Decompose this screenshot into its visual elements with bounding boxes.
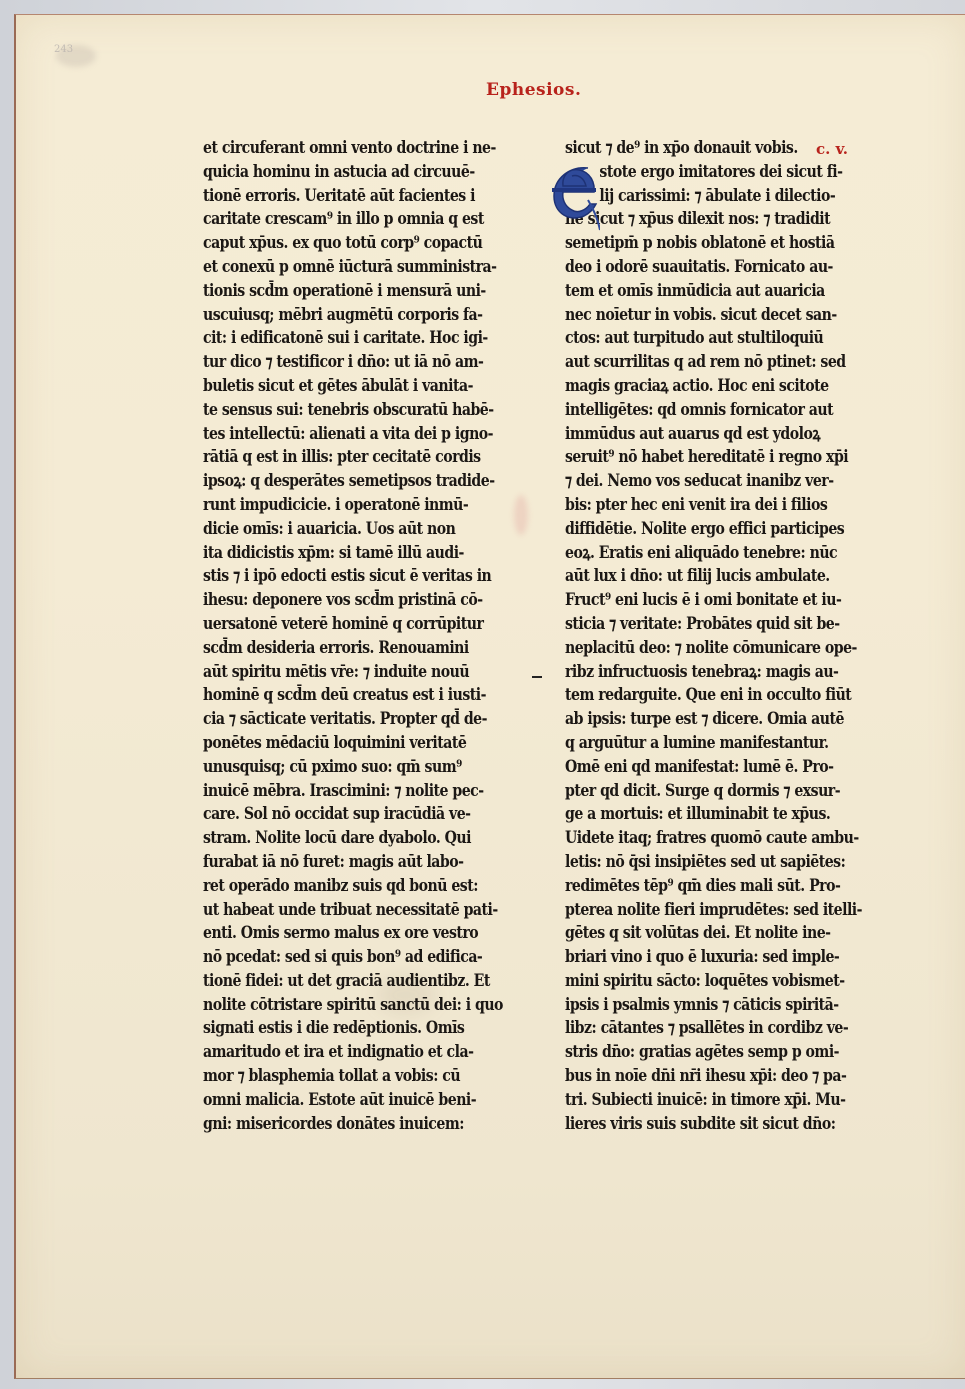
text-line: ctos: aut turpitudo aut stultiloquiū	[565, 326, 877, 350]
text-line: aūt spiritu mētis vr̄e: ⁊ induite nouū	[203, 660, 515, 684]
text-line: bis: pter hec eni venit ira dei i filios	[565, 493, 877, 517]
text-line: gni: misericordes donātes inuicem:	[203, 1112, 515, 1136]
text-line: runt impudicicie. i operatonē inmū-	[203, 493, 515, 517]
text-line: aūt lux i dn̄o: ut filij lucis ambulate.	[565, 564, 877, 588]
text-line: uersatonē veterē hominē q corrūpitur	[203, 612, 515, 636]
text-line: eoꝝ. Eratis eni aliquādo tenebre: nūc	[565, 541, 877, 565]
text-line: stote ergo imitatores dei sicut fi-	[565, 160, 912, 184]
text-line: ihesu: deponere vos scd̄m pristinā cō-	[203, 588, 515, 612]
text-line: bus in noīe dn̄i nr̄i ihesu xp̄i: deo ⁊ …	[565, 1064, 877, 1088]
text-line: magis graciaꝝ actio. Hoc eni scitote	[565, 374, 877, 398]
text-line: aut scurrilitas q ad rem nō ptinet: sed	[565, 350, 877, 374]
text-line: stris dn̄o: gratias agētes semp p omi-	[565, 1040, 877, 1064]
text-line: deo i odorē suauitatis. Fornicato au-	[565, 255, 877, 279]
text-line: q arguūtur a lumine manifestantur.	[565, 731, 877, 755]
text-line: tem et omīs inmūdicia aut auaricia	[565, 279, 877, 303]
text-line: hominē q scd̄m deū creatus est i iusti-	[203, 683, 515, 707]
text-line: neplacitū deo: ⁊ nolite cōmunicare ope-	[565, 636, 877, 660]
right-column: sicut ⁊ de⁹ in xp̄o donauit vobis.stote …	[565, 136, 877, 1135]
text-line: nec noīetur in vobis. sicut decet san-	[565, 303, 877, 327]
text-line: rātiā q est in illis: pter cecitatē cord…	[203, 445, 515, 469]
text-line: omni malicia. Estote aūt inuicē beni-	[203, 1088, 515, 1112]
text-line: mini spiritu sācto: loquētes vobismet-	[565, 969, 877, 993]
text-line: tionē erroris. Ueritatē aūt facientes i	[203, 184, 515, 208]
text-line: ipsoꝝ: q desperātes semetipsos tradide-	[203, 469, 515, 493]
text-line: tionis scd̄m operationē i mensurā uni-	[203, 279, 515, 303]
text-line: briari vino i quo ē luxuria: sed imple-	[565, 945, 877, 969]
left-column: et circuferant omni vento doctrine i ne-…	[203, 136, 515, 1135]
text-line: sicut ⁊ de⁹ in xp̄o donauit vobis.	[565, 136, 877, 160]
text-line: gētes q sit volūtas dei. Et nolite ine-	[565, 921, 877, 945]
text-line: dicie omīs: i auaricia. Uos aūt non	[203, 517, 515, 541]
text-line: inuicē mēbra. Irascimini: ⁊ nolite pec-	[203, 779, 515, 803]
text-line: Fruct⁹ eni lucis ē i omi bonitate et iu-	[565, 588, 877, 612]
text-line: caput xp̄us. ex quo totū corp⁹ copactū	[203, 231, 515, 255]
text-line: nolite cōtristare spiritū sanctū dei: i …	[203, 993, 515, 1017]
stain	[514, 495, 528, 535]
text-line: signati estis i die redēptionis. Omīs	[203, 1016, 515, 1040]
text-line: ut habeat unde tribuat necessitatē pati-	[203, 898, 515, 922]
text-line: seruit⁹ nō habet hereditatē i regno xp̄i	[565, 445, 877, 469]
text-line: intelligētes: qd omnis fornicator aut	[565, 398, 877, 422]
text-line: stis ⁊ i ipō edocti estis sicut ē verita…	[203, 564, 515, 588]
text-line: Uidete itaq; fratres quomō caute ambu-	[565, 826, 877, 850]
text-line: caritate crescam⁹ in illo p omnia q est	[203, 207, 515, 231]
text-line: ⁊ dei. Nemo vos seducat inanibz ver-	[565, 469, 877, 493]
text-line: amaritudo et ira et indignatio et cla-	[203, 1040, 515, 1064]
text-line: tri. Subiecti inuicē: in timore xp̄i. Mu…	[565, 1088, 877, 1112]
text-line: cit: i edificatonē sui i caritate. Hoc i…	[203, 326, 515, 350]
text-line: enti. Omis sermo malus ex ore vestro	[203, 921, 515, 945]
text-line: pter qd dicit. Surge q dormis ⁊ exsur-	[565, 779, 877, 803]
text-line: mor ⁊ blasphemia tollat a vobis: cū	[203, 1064, 515, 1088]
text-line: tur dico ⁊ testificor i dn̄o: ut iā nō a…	[203, 350, 515, 374]
text-line: ponētes mēdaciū loquimini veritatē	[203, 731, 515, 755]
text-line: care. Sol nō occidat sup iracūdiā ve-	[203, 802, 515, 826]
text-line: letis: nō q̄si insipiētes sed ut sapiēte…	[565, 850, 877, 874]
text-line: scd̄m desideria erroris. Renouamini	[203, 636, 515, 660]
text-line: nō pcedat: sed si quis bon⁹ ad edifica-	[203, 945, 515, 969]
text-line: stram. Nolite locū dare dyabolo. Qui	[203, 826, 515, 850]
text-line: diffidētie. Nolite ergo effici participe…	[565, 517, 877, 541]
text-line: furabat iā nō furet: magis aūt labo-	[203, 850, 515, 874]
text-line: immūdus aut auarus qd est ydoloꝝ	[565, 422, 877, 446]
text-line: redimētes tēp⁹ qm̄ dies mali sūt. Pro-	[565, 874, 877, 898]
text-line: ret operādo manibz suis qd bonū est:	[203, 874, 515, 898]
text-line: libz: cātantes ⁊ psallētes in cordibz ve…	[565, 1016, 877, 1040]
text-line: et conexū p omnē iūcturā sumministra-	[203, 255, 515, 279]
text-line: quicia hominu in astucia ad circuuē-	[203, 160, 515, 184]
text-line: lieres viris suis subdite sit sicut dn̄o…	[565, 1112, 877, 1136]
text-line: Omē eni qd manifestat: lumē ē. Pro-	[565, 755, 877, 779]
text-line: ne sicut ⁊ xp̄us dilexit nos: ⁊ tradidit	[565, 207, 877, 231]
illuminated-initial-e-icon	[548, 160, 600, 232]
running-head: Ephesios.	[486, 80, 581, 100]
text-line: te sensus sui: tenebris obscuratū habē-	[203, 398, 515, 422]
text-line: tes intellectū: alienati a vita dei p ig…	[203, 422, 515, 446]
margin-dash	[532, 676, 542, 678]
text-line: ipsis i psalmis ymnis ⁊ cāticis spiritā-	[565, 993, 877, 1017]
margin-note: 243	[54, 44, 73, 55]
text-line: semetipm̄ p nobis oblatonē et hostiā	[565, 231, 877, 255]
text-line: pterea nolite fieri imprudētes: sed itel…	[565, 898, 877, 922]
text-line: et circuferant omni vento doctrine i ne-	[203, 136, 515, 160]
text-line: tem redarguite. Que eni in occulto fiūt	[565, 683, 877, 707]
text-line: tionē fidei: ut det graciā audientibz. E…	[203, 969, 515, 993]
text-line: ge a mortuis: et illuminabit te xp̄us.	[565, 802, 877, 826]
text-line: buletis sicut et gētes ābulāt i vanita-	[203, 374, 515, 398]
text-line: unusquisq; cū pximo suo: qm̄ sum⁹	[203, 755, 515, 779]
text-line: ab ipsis: turpe est ⁊ dicere. Omia autē	[565, 707, 877, 731]
text-line: uscuiusq; mēbri augmētū corporis fa-	[203, 303, 515, 327]
text-line: lij carissimi: ⁊ ābulate i dilectio-	[565, 184, 912, 208]
text-line: sticia ⁊ veritate: Probātes quid sit be-	[565, 612, 877, 636]
text-line: ribz infructuosis tenebraꝝ: magis au-	[565, 660, 877, 684]
text-line: ita didicistis xp̄m: si tamē illū audi-	[203, 541, 515, 565]
text-line: cia ⁊ sācticate veritatis. Propter qd̄ d…	[203, 707, 515, 731]
